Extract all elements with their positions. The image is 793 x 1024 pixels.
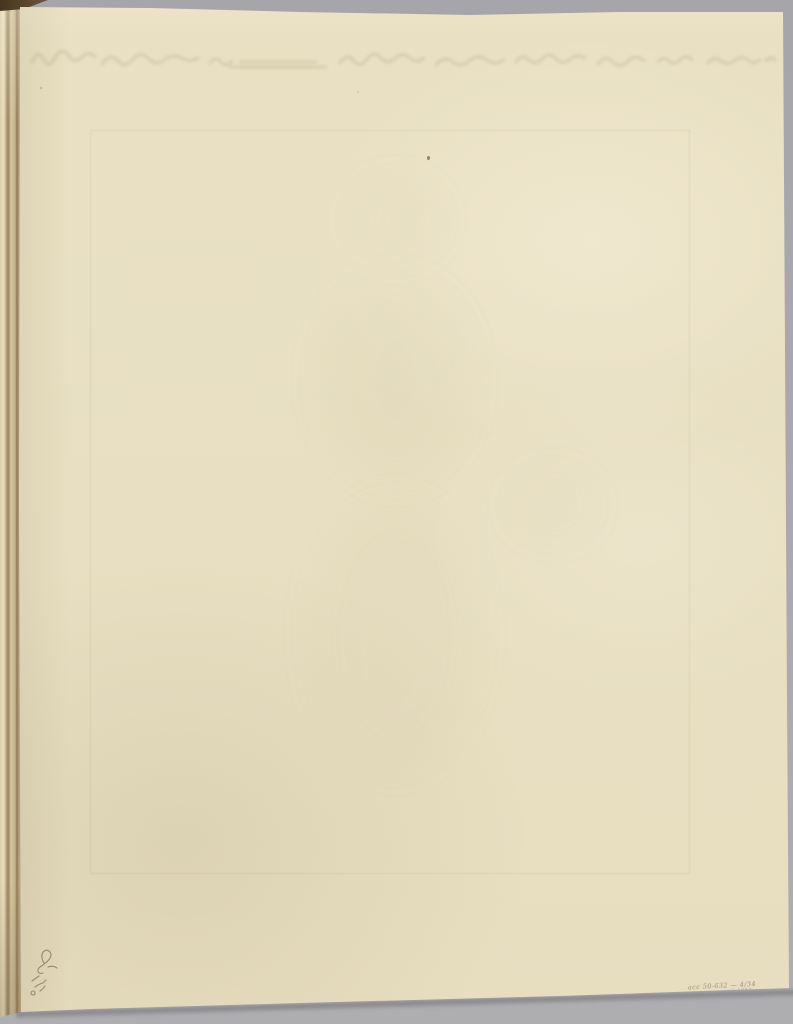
book-gutter — [0, 0, 22, 1024]
showthrough-figure — [508, 470, 598, 540]
scan-background: acc 50-632 — 4/34 april 1953 — [0, 0, 793, 1024]
showthrough-handwriting — [24, 40, 786, 82]
paper-speck — [427, 156, 430, 160]
paper-speck — [40, 87, 42, 89]
paper-speck — [357, 91, 359, 93]
showthrough-figure — [312, 500, 477, 770]
showthrough-figure — [320, 280, 470, 480]
pencil-monogram — [24, 947, 72, 1001]
showthrough-figure — [352, 180, 442, 260]
album-page: acc 50-632 — 4/34 april 1953 — [0, 0, 793, 1024]
